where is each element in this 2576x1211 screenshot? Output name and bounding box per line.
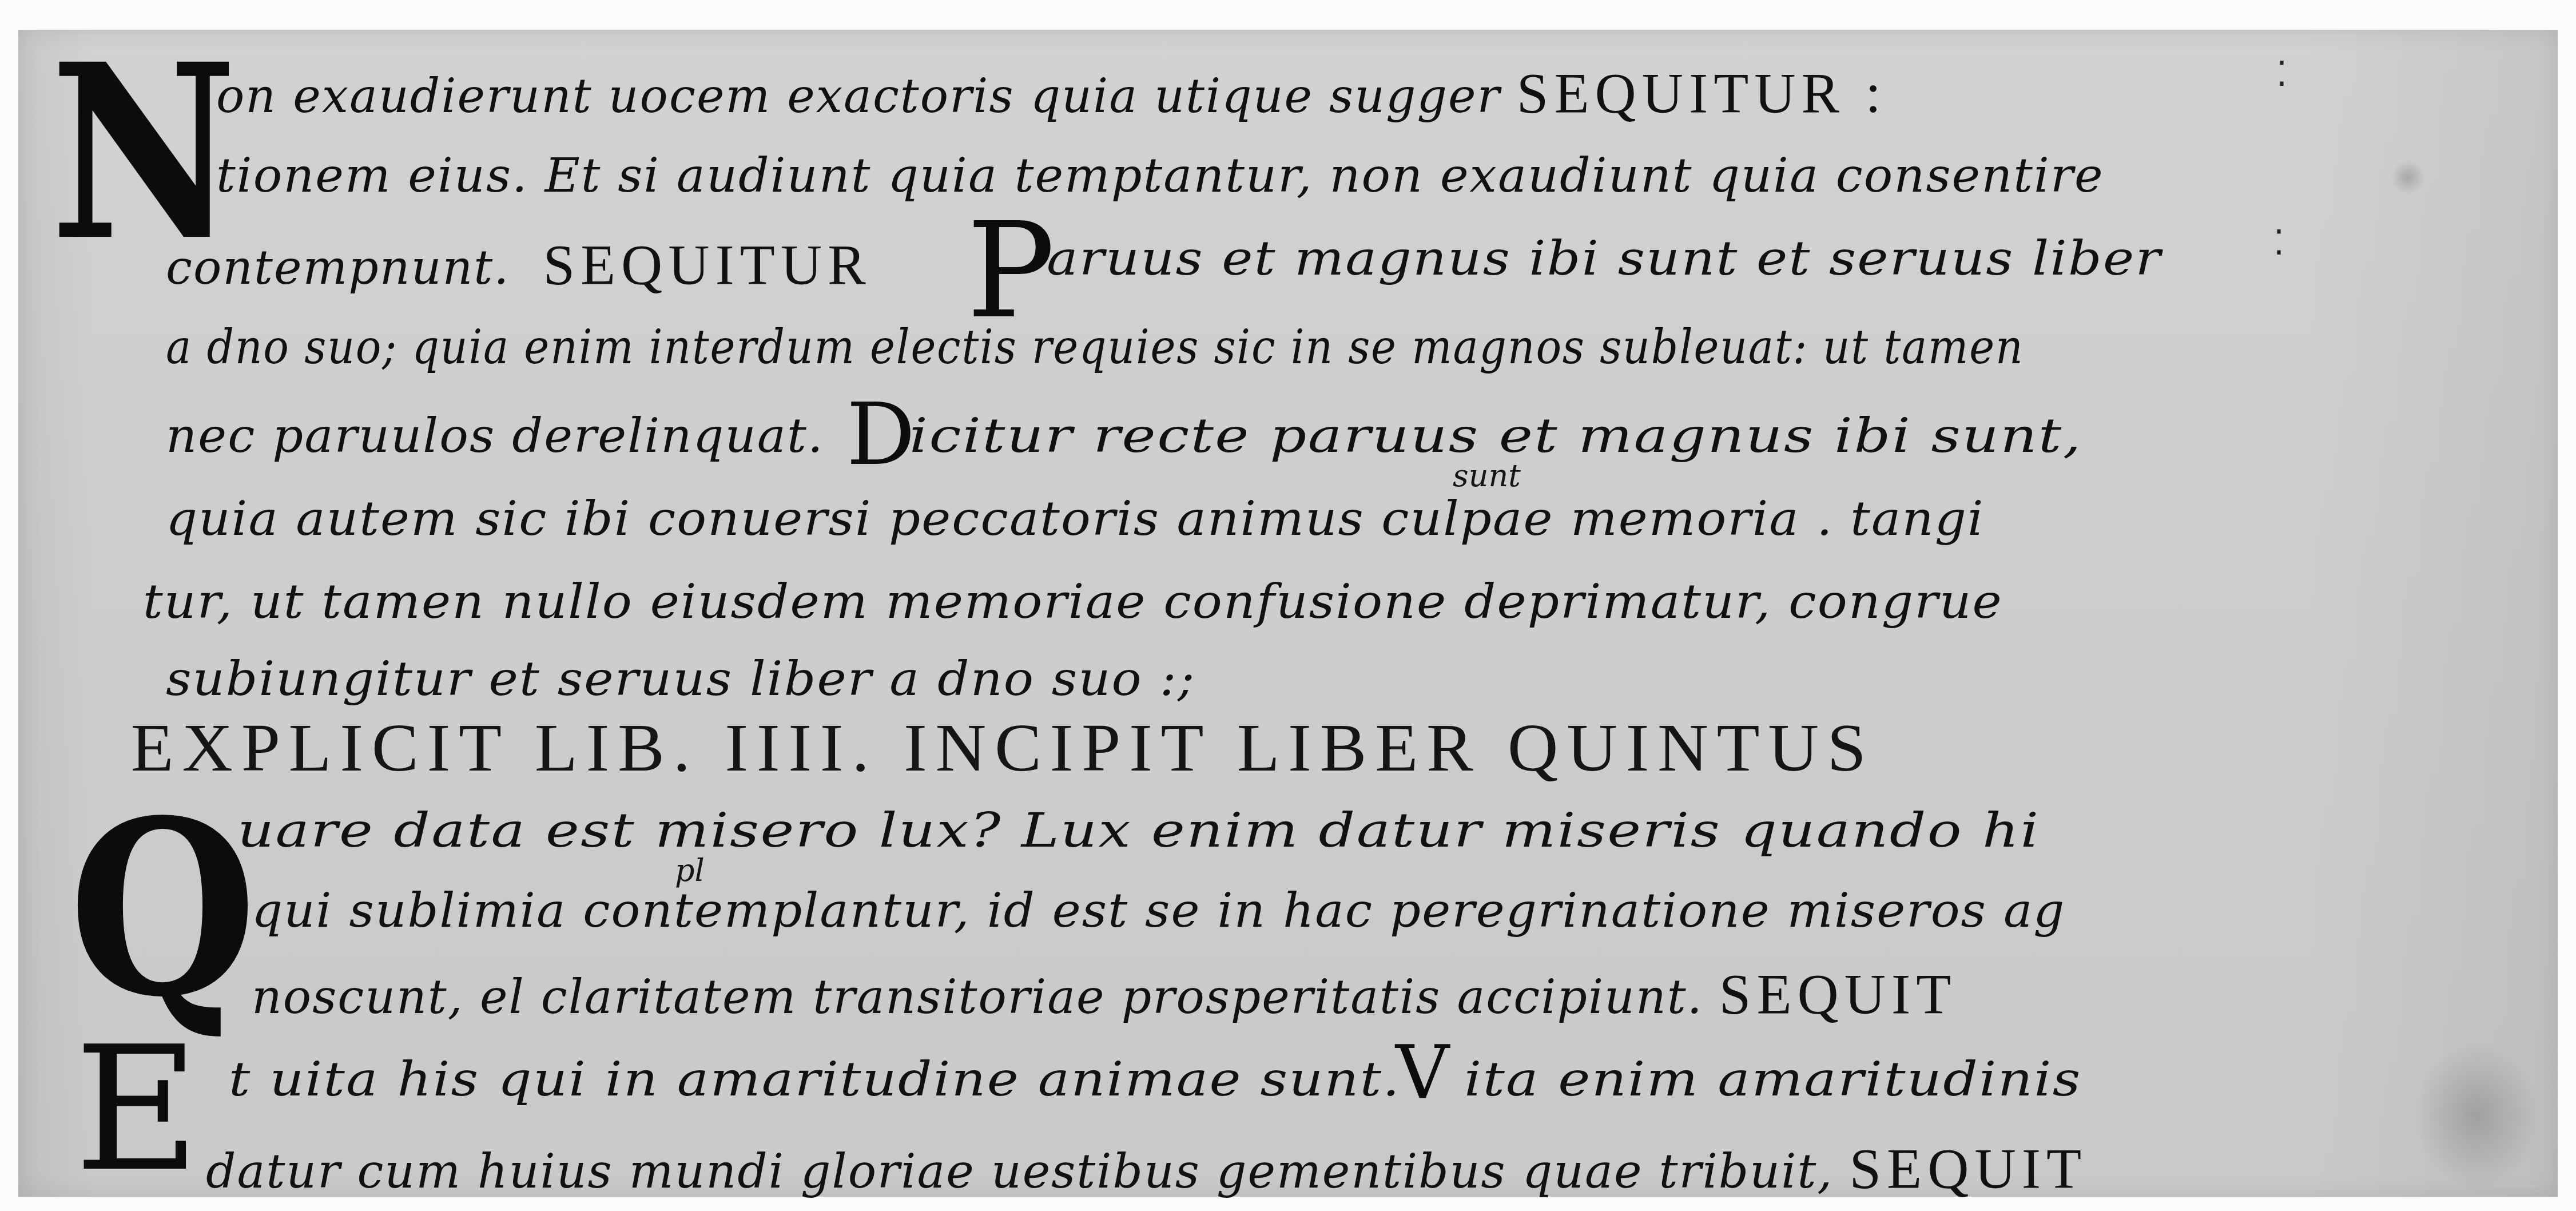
- line-1-sequitur: SEQUITUR :: [1517, 61, 1887, 125]
- text-line-13: datur cum huius mundi gloriae uestibus g…: [206, 1135, 2087, 1201]
- interlinear-gloss-sunt: sunt: [1453, 458, 1521, 494]
- text-line-12: t uita his qui in amaritudine animae sun…: [229, 1053, 1401, 1107]
- initial-letter-q: Q: [69, 789, 257, 1030]
- margin-mark: ⁚: [2273, 223, 2284, 263]
- line-3-sequitur: SEQUITUR: [543, 233, 871, 296]
- text-line-3: contempnunt. SEQUITUR: [166, 232, 872, 297]
- text-line-5-continued: icitur recte paruus et magnus ibi sunt,: [909, 409, 2082, 463]
- text-line-9: uare data est misero lux? Lux enim datur…: [237, 804, 2040, 858]
- parchment-stain: [2414, 1041, 2539, 1190]
- text-line-2: tionem eius. Et si audiunt quia temptant…: [216, 149, 2104, 203]
- initial-letter-p: P: [967, 206, 1055, 338]
- text-line-1: on exaudierunt uocem exactoris quia utiq…: [216, 60, 1887, 126]
- text-line-6: quia autem sic ibi conuersi peccatoris a…: [166, 492, 1985, 546]
- line-11-text: noscunt, el claritatem transitoriae pros…: [252, 970, 1703, 1025]
- text-line-4: a dno suo; quia enim interdum electis re…: [166, 320, 2024, 375]
- line-13-sequitur: SEQUIT: [1850, 1137, 2088, 1200]
- rubric-explicit-incipit: EXPLICIT LIB. IIII. INCIPIT LIBER QUINTU…: [131, 709, 1875, 787]
- parchment-spot: [2391, 160, 2425, 194]
- line-3-text: contempnunt.: [166, 241, 510, 295]
- text-line-5: nec paruulos derelinquat.: [166, 409, 824, 463]
- initial-letter-e: E: [74, 1024, 200, 1196]
- text-line-11: noscunt, el claritatem transitoriae pros…: [252, 961, 1957, 1027]
- margin-mark: ⁚: [2276, 54, 2287, 94]
- initial-letter-d: D: [846, 392, 915, 478]
- text-line-7: tur, ut tamen nullo eiusdem memoriae con…: [143, 575, 2003, 629]
- text-line-8: subiungitur et seruus liber a dno suo :;: [166, 652, 1195, 706]
- text-line-3-continued: aruus et magnus ibi sunt et seruus liber: [1047, 232, 2162, 286]
- line-11-sequitur: SEQUIT: [1719, 962, 1957, 1026]
- text-line-10: qui sublimia contemplantur, id est se in…: [252, 884, 2065, 938]
- initial-letter-v: V: [1396, 1035, 1449, 1110]
- interlinear-gloss-pl: pl: [675, 852, 705, 888]
- line-13-text: datur cum huius mundi gloriae uestibus g…: [206, 1145, 1833, 1199]
- line-1-text: on exaudierunt uocem exactoris quia utiq…: [216, 69, 1501, 124]
- text-line-12-continued: ita enim amaritudinis: [1464, 1053, 2082, 1107]
